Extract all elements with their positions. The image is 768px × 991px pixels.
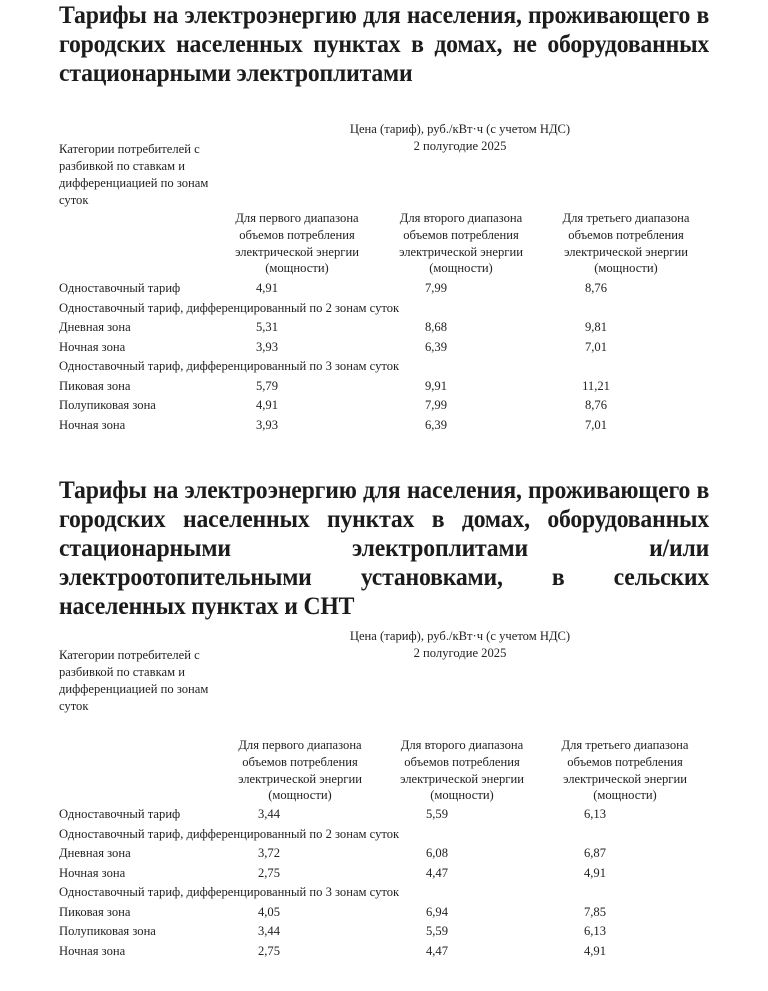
section-2-column-3-header: Для третьего диапазона объемов потреблен…: [550, 737, 700, 804]
section-2-title: Тарифы на электроэнергию для населения, …: [59, 475, 709, 620]
tariff-value-col-1: 3,93: [237, 340, 297, 355]
tariff-value-col-3: 7,85: [565, 905, 625, 920]
tariff-value-col-2: 7,99: [406, 281, 466, 296]
tariff-value-col-1: 4,05: [239, 905, 299, 920]
section-1-price-header: Цена (тариф), руб./кВт·ч (с учетом НДС) …: [300, 121, 620, 155]
tariff-value-col-2: 9,91: [406, 379, 466, 394]
tariff-value-col-2: 6,08: [407, 846, 467, 861]
row-label: Одноставочный тариф: [59, 281, 180, 296]
section-2-column-2-header: Для второго диапазона объемов потреблени…: [387, 737, 537, 804]
period-label: 2 полугодие 2025: [300, 645, 620, 662]
section-1-column-3-header: Для третьего диапазона объемов потреблен…: [551, 210, 701, 277]
tariff-value-col-3: 11,21: [566, 379, 626, 394]
row-label: Дневная зона: [59, 320, 131, 335]
tariff-value-col-1: 4,91: [237, 398, 297, 413]
tariff-value-col-1: 2,75: [239, 944, 299, 959]
tariff-value-col-1: 3,72: [239, 846, 299, 861]
tariff-value-col-2: 6,94: [407, 905, 467, 920]
tariff-value-col-2: 8,68: [406, 320, 466, 335]
tariff-value-col-3: 4,91: [565, 944, 625, 959]
tariff-value-col-1: 5,31: [237, 320, 297, 335]
row-group-label: Одноставочный тариф, дифференцированный …: [59, 301, 399, 316]
row-label: Ночная зона: [59, 340, 125, 355]
tariff-value-col-3: 8,76: [566, 398, 626, 413]
period-label: 2 полугодие 2025: [300, 138, 620, 155]
tariff-value-col-2: 4,47: [407, 944, 467, 959]
row-label: Одноставочный тариф: [59, 807, 180, 822]
tariff-value-col-1: 3,44: [239, 807, 299, 822]
row-label: Ночная зона: [59, 418, 125, 433]
price-unit-label: Цена (тариф), руб./кВт·ч (с учетом НДС): [300, 121, 620, 138]
tariff-value-col-1: 2,75: [239, 866, 299, 881]
row-label: Ночная зона: [59, 866, 125, 881]
tariff-value-col-3: 9,81: [566, 320, 626, 335]
tariff-value-col-3: 4,91: [565, 866, 625, 881]
tariff-value-col-2: 6,39: [406, 418, 466, 433]
row-group-label: Одноставочный тариф, дифференцированный …: [59, 827, 399, 842]
tariff-value-col-3: 8,76: [566, 281, 626, 296]
tariff-value-col-3: 6,87: [565, 846, 625, 861]
section-1-title: Тарифы на электроэнергию для населения, …: [59, 0, 709, 87]
tariff-value-col-2: 6,39: [406, 340, 466, 355]
row-label: Полупиковая зона: [59, 398, 156, 413]
section-1-column-1-header: Для первого диапазона объемов потреблени…: [222, 210, 372, 277]
tariff-value-col-2: 5,59: [407, 924, 467, 939]
section-2-column-1-header: Для первого диапазона объемов потреблени…: [225, 737, 375, 804]
tariff-value-col-3: 7,01: [566, 340, 626, 355]
row-group-label: Одноставочный тариф, дифференцированный …: [59, 359, 399, 374]
price-unit-label: Цена (тариф), руб./кВт·ч (с учетом НДС): [300, 628, 620, 645]
tariff-value-col-1: 4,91: [237, 281, 297, 296]
tariff-value-col-2: 4,47: [407, 866, 467, 881]
tariff-value-col-3: 6,13: [565, 807, 625, 822]
tariff-value-col-1: 5,79: [237, 379, 297, 394]
row-label: Пиковая зона: [59, 379, 130, 394]
section-1-category-header: Категории потребителей с разбивкой по ст…: [59, 141, 229, 209]
section-2-price-header: Цена (тариф), руб./кВт·ч (с учетом НДС) …: [300, 628, 620, 662]
row-label: Ночная зона: [59, 944, 125, 959]
row-label: Полупиковая зона: [59, 924, 156, 939]
row-label: Пиковая зона: [59, 905, 130, 920]
tariff-value-col-2: 5,59: [407, 807, 467, 822]
tariff-value-col-1: 3,93: [237, 418, 297, 433]
tariff-value-col-2: 7,99: [406, 398, 466, 413]
section-1-column-2-header: Для второго диапазона объемов потреблени…: [386, 210, 536, 277]
tariff-value-col-1: 3,44: [239, 924, 299, 939]
row-group-label: Одноставочный тариф, дифференцированный …: [59, 885, 399, 900]
section-2-category-header: Категории потребителей с разбивкой по ст…: [59, 647, 224, 715]
tariff-value-col-3: 6,13: [565, 924, 625, 939]
row-label: Дневная зона: [59, 846, 131, 861]
tariff-value-col-3: 7,01: [566, 418, 626, 433]
